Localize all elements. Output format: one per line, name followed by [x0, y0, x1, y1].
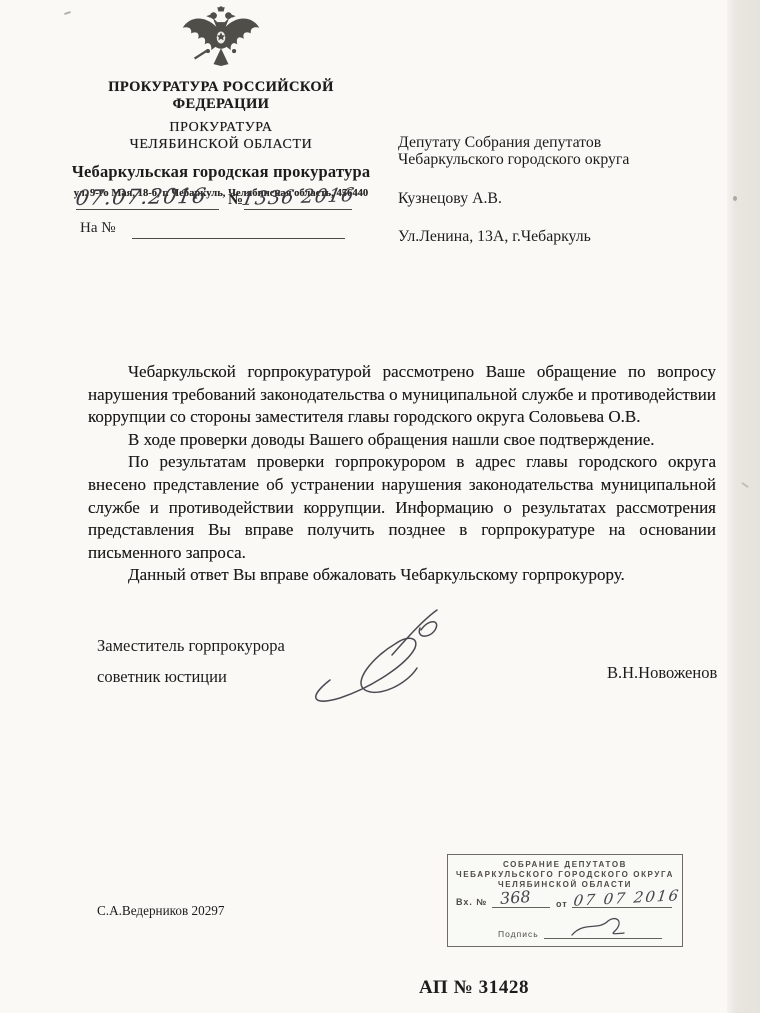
signer-title-line2: советник юстиции	[97, 667, 227, 687]
signer-title-line1: Заместитель горпрокурора	[97, 636, 285, 656]
stamp-org: СОБРАНИЕ ДЕПУТАТОВ ЧЕБАРКУЛЬСКОГО ГОРОДС…	[448, 860, 682, 890]
office-name: Чебаркульская городская прокуратура	[58, 162, 384, 182]
signer-name: В.Н.Новоженов	[607, 663, 717, 683]
stamp-org-line1: СОБРАНИЕ ДЕПУТАТОВ	[448, 860, 682, 870]
stamp-incoming-label: Вх. №	[456, 897, 487, 907]
body-paragraph: В ходе проверки доводы Вашего обращения …	[88, 429, 716, 452]
incoming-registration-stamp: СОБРАНИЕ ДЕПУТАТОВ ЧЕБАРКУЛЬСКОГО ГОРОДС…	[447, 854, 683, 947]
scan-edge-shadow	[727, 0, 760, 1013]
recipient-address: Ул.Ленина, 13А, г.Чебаркуль	[398, 228, 629, 245]
org-name-region-line1: ПРОКУРАТУРА	[58, 119, 384, 136]
stamp-from-label: от	[556, 899, 568, 909]
stamp-org-line2: ЧЕБАРКУЛЬСКОГО ГОРОДСКОГО ОКРУГА	[448, 870, 682, 880]
executor-name: С.А.Ведерников 20297	[97, 903, 224, 919]
russia-state-emblem-eagle-icon	[179, 6, 263, 70]
stamp-signature-label: Подпись	[498, 929, 539, 939]
recipient-block: Депутату Собрания депутатов Чебаркульско…	[398, 134, 629, 245]
recipient-line2: Чебаркульского городского округа	[398, 151, 629, 168]
scan-speck	[733, 196, 737, 201]
handwritten-number: 1336 2016	[240, 184, 356, 210]
body-paragraph: Чебаркульской горпрокуратурой рассмотрен…	[88, 361, 716, 429]
org-name-region-line2: ЧЕЛЯБИНСКОЙ ОБЛАСТИ	[58, 136, 384, 153]
document-code: АП № 31428	[419, 977, 529, 999]
reference-underline	[132, 238, 345, 239]
handwritten-date: 07.07.2016	[74, 184, 208, 210]
letter-body: Чебаркульской горпрокуратурой рассмотрен…	[88, 361, 716, 587]
stamp-handwritten-number: 368	[499, 887, 531, 908]
reference-number-label: На №	[80, 220, 116, 237]
org-name-federation: ПРОКУРАТУРА РОССИЙСКОЙ ФЕДЕРАЦИИ	[58, 79, 384, 113]
letterhead: ПРОКУРАТУРА РОССИЙСКОЙ ФЕДЕРАЦИИ ПРОКУРА…	[58, 6, 384, 199]
stamp-signature-scribble	[568, 915, 628, 941]
recipient-line1: Депутату Собрания депутатов	[398, 134, 629, 151]
body-paragraph: По результатам проверки горпрокурором в …	[88, 451, 716, 564]
org-name-region: ПРОКУРАТУРА ЧЕЛЯБИНСКОЙ ОБЛАСТИ	[58, 119, 384, 153]
signature-scribble	[295, 608, 480, 713]
recipient-name: Кузнецову А.В.	[398, 190, 629, 207]
scanned-letter-page: ПРОКУРАТУРА РОССИЙСКОЙ ФЕДЕРАЦИИ ПРОКУРА…	[0, 0, 760, 1013]
body-paragraph: Данный ответ Вы вправе обжаловать Чебарк…	[88, 564, 716, 587]
